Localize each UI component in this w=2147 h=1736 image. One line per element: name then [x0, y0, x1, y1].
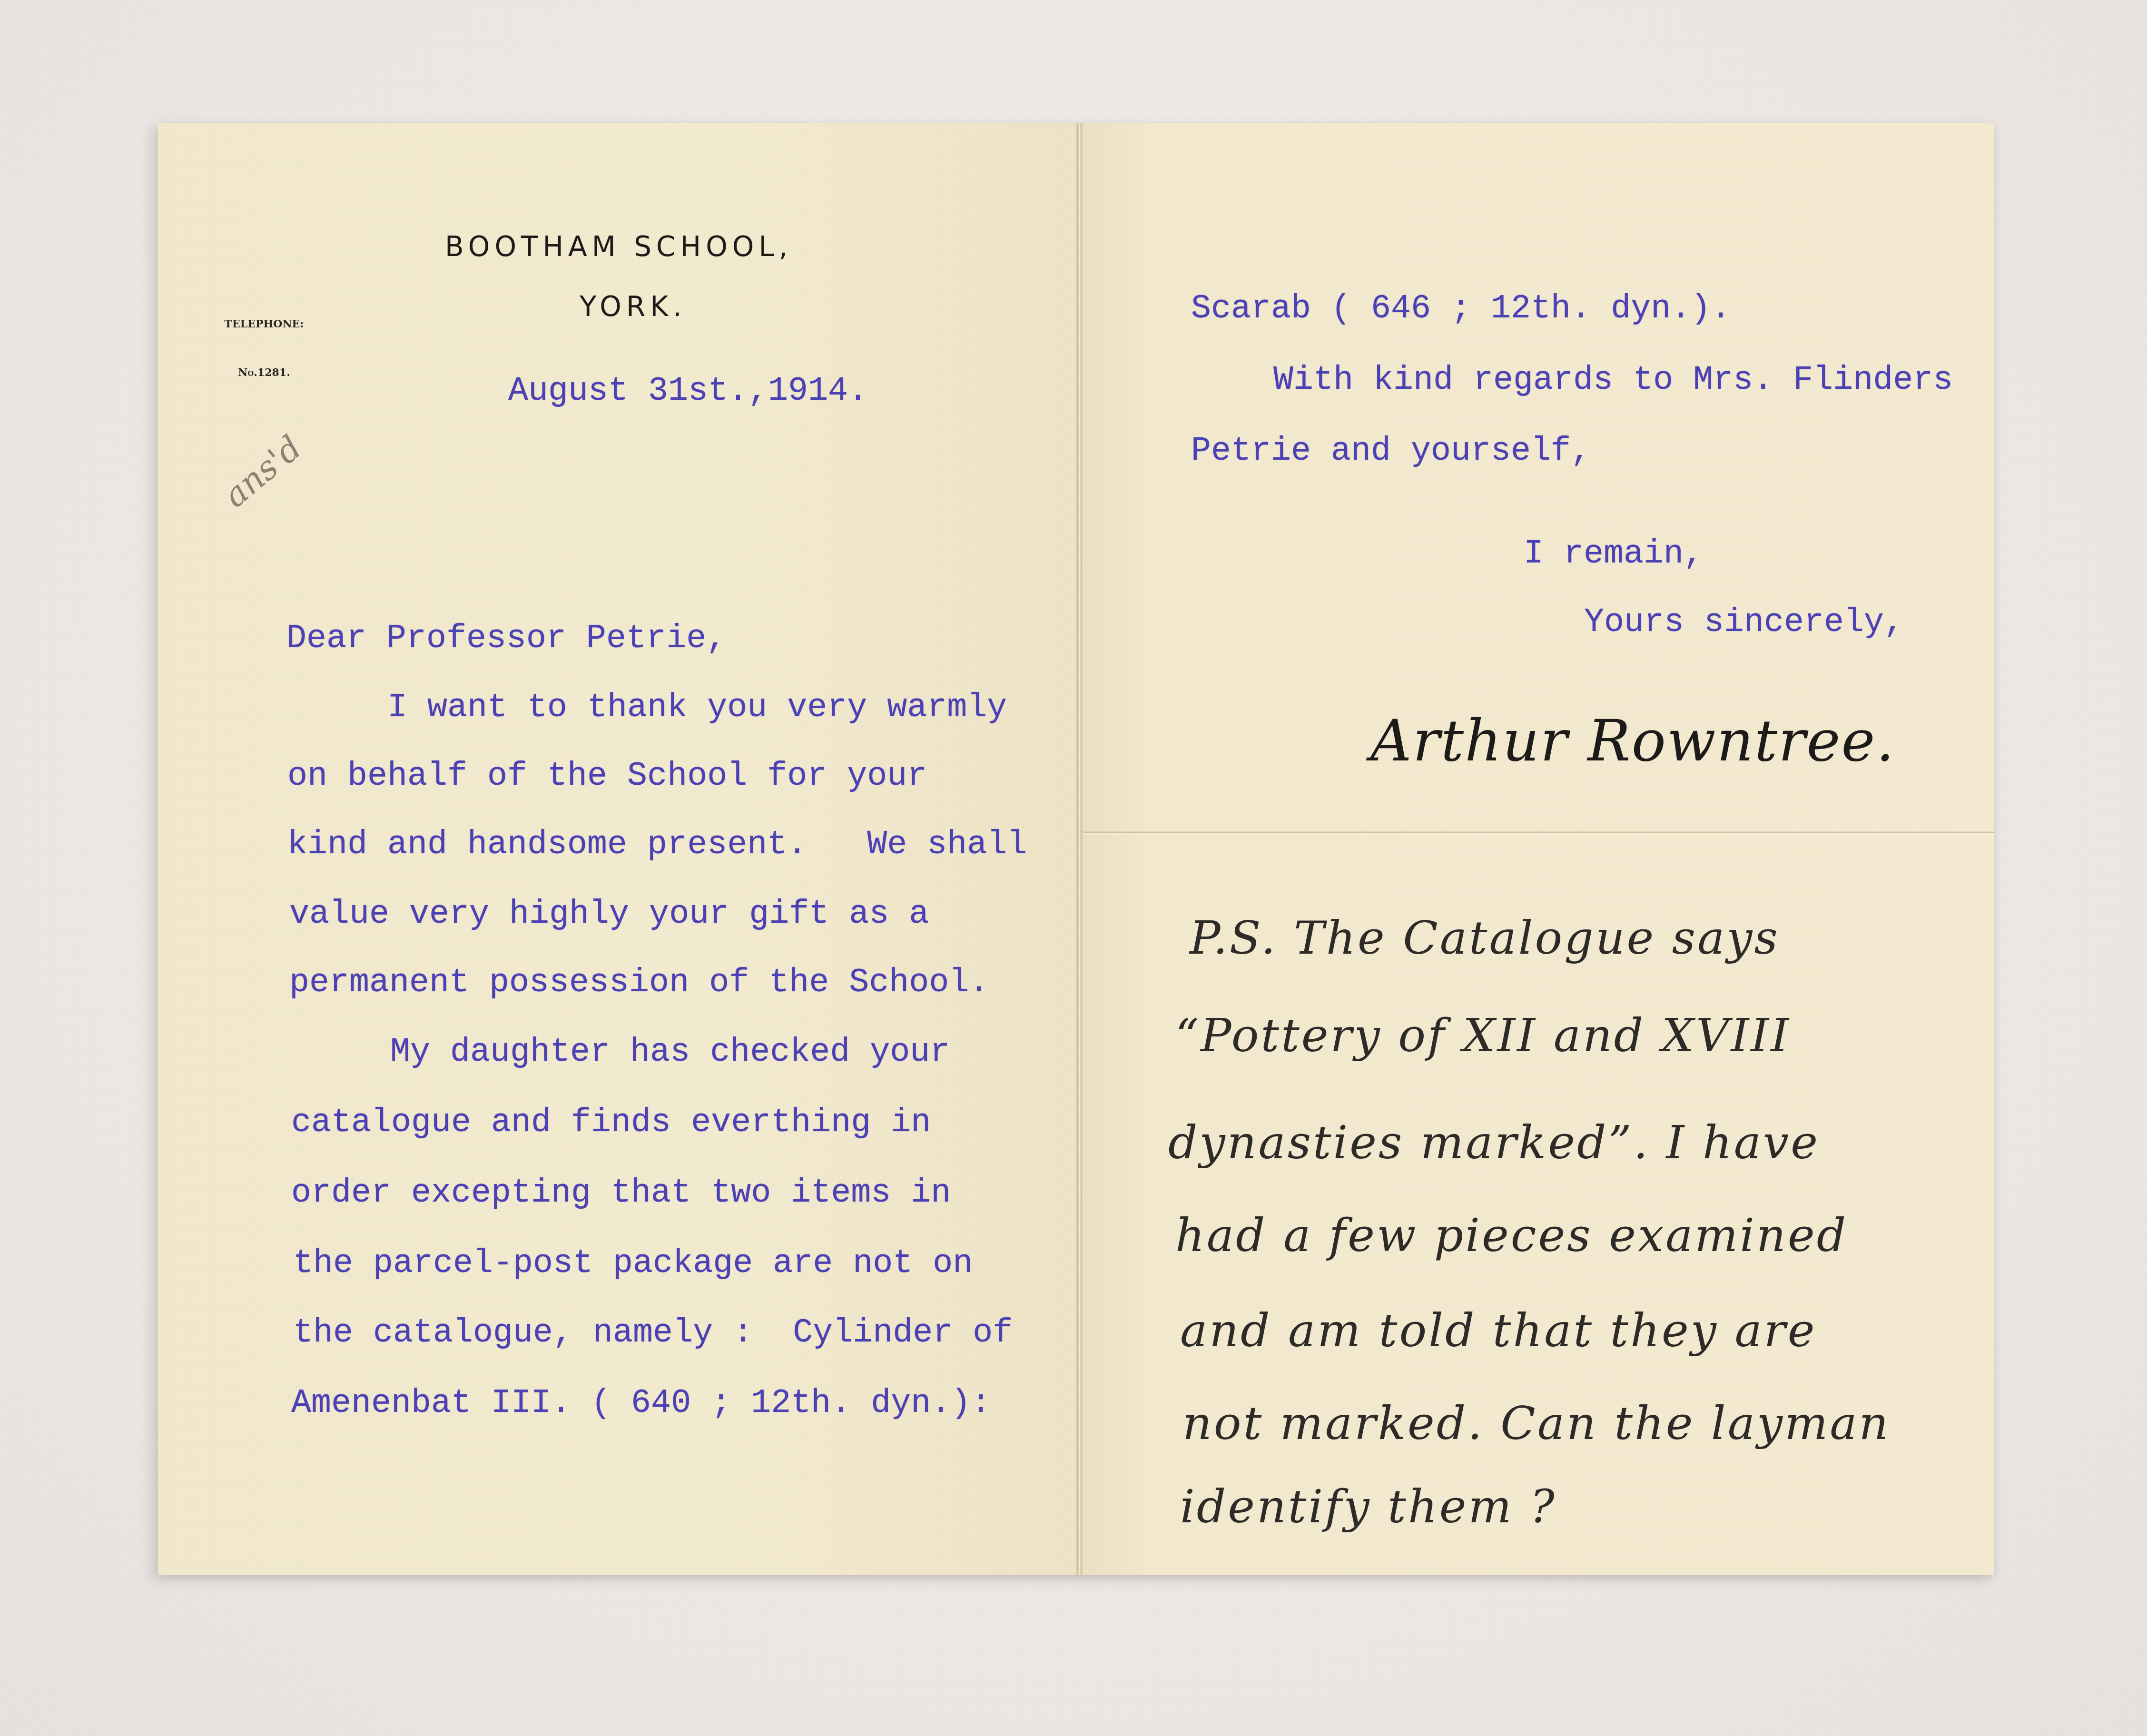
telephone-label: TELEPHONE: [217, 316, 312, 332]
body-line: order excepting that two items in [291, 1174, 951, 1213]
regards-line: With kind regards to Mrs. Flinders [1273, 362, 1953, 400]
telephone-block: TELEPHONE: No.1281. [217, 284, 312, 397]
body-line: catalogue and finds everthing in [291, 1104, 931, 1142]
postscript-line: dynasties marked”. I have [1168, 1116, 1820, 1169]
right-page [1079, 123, 1994, 1575]
center-fold [1075, 123, 1083, 1575]
regards-line: Petrie and yourself, [1191, 433, 1591, 471]
body-line: Amenenbat III. ( 640 ; 12th. dyn.): [291, 1385, 991, 1423]
letterhead-school-name: BOOTHAM SCHOOL, [445, 230, 792, 263]
body-line: My daughter has checked your [290, 1034, 950, 1072]
postscript-line: “Pottery of XII and XVIII [1175, 1009, 1791, 1062]
body-line: kind and handsome present. We shall [287, 826, 1027, 864]
postscript-line: identify them ? [1180, 1480, 1556, 1533]
body-line: permanent possession of the School. [289, 964, 989, 1002]
postscript-line: not marked. Can the layman [1182, 1397, 1890, 1450]
horizontal-crease [1083, 831, 1994, 835]
postscript-line: and am told that they are [1180, 1304, 1817, 1357]
body-line: on behalf of the School for your [287, 758, 927, 796]
closing-remain: I remain, [1524, 535, 1704, 573]
handwritten-signature: Arthur Rowntree. [1370, 708, 1895, 774]
letterhead-city: YORK. [580, 290, 687, 323]
letter-date: August 31st.,1914. [508, 373, 868, 411]
telephone-number: No.1281. [217, 365, 312, 381]
continuation-line: Scarab ( 646 ; 12th. dyn.). [1191, 290, 1731, 328]
body-line: I want to thank you very warmly [287, 689, 1007, 727]
postscript-line: had a few pieces examined [1175, 1209, 1848, 1262]
closing-sincerely: Yours sincerely, [1584, 604, 1904, 642]
body-line: value very highly your gift as a [289, 896, 929, 934]
postscript-line: P.S. The Catalogue says [1190, 911, 1780, 965]
body-line: the parcel-post package are not on [293, 1245, 973, 1283]
body-line: the catalogue, namely : Cylinder of [293, 1314, 1013, 1352]
salutation: Dear Professor Petrie, [286, 620, 726, 658]
